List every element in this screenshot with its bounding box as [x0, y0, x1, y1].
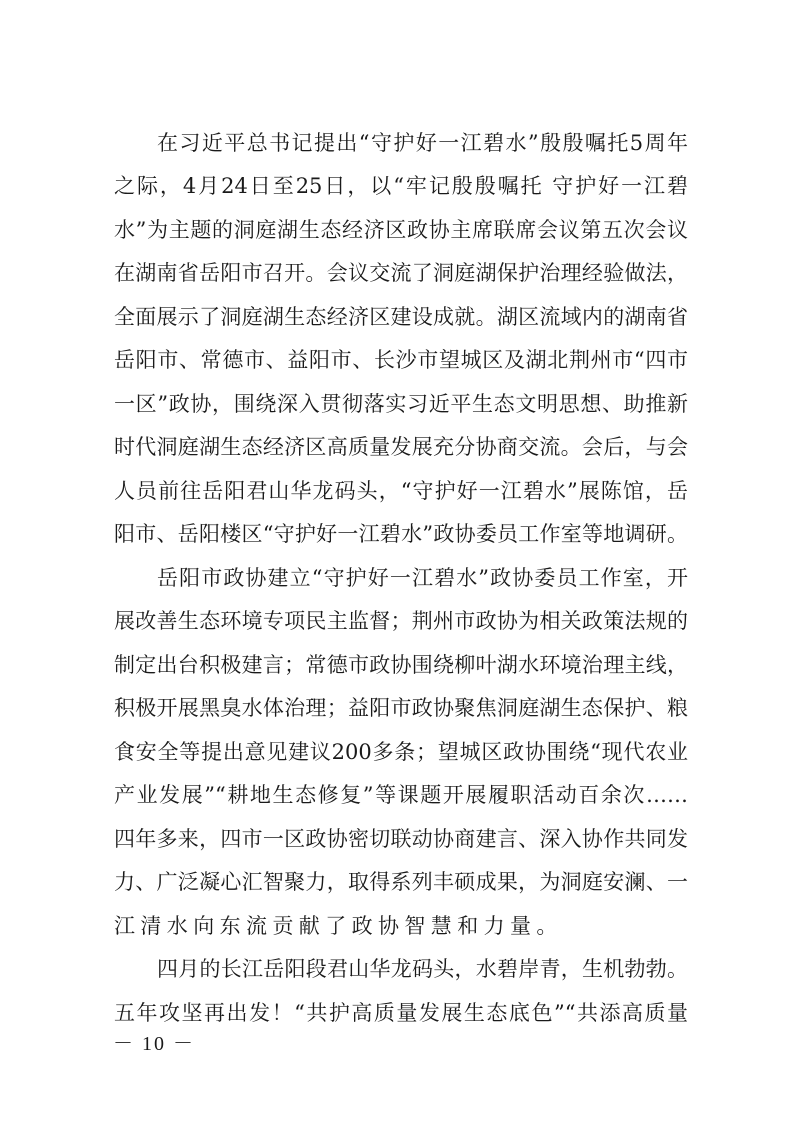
paragraph-1-line-2: 之际，4月24日至25日，以“牢记殷殷嘱托 守护好一江碧 — [114, 171, 688, 201]
document-page: 在习近平总书记提出“守护好一江碧水”殷殷嘱托5周年 之际，4月24日至25日，以… — [0, 0, 793, 1122]
paragraph-2-line-8: 力、广泛凝心汇智聚力，取得系列丰硕成果，为洞庭安澜、一 — [114, 867, 688, 897]
paragraph-1-line-1: 在习近平总书记提出“守护好一江碧水”殷殷嘱托5周年 — [157, 128, 688, 158]
paragraph-2-line-2: 展改善生态环境专项民主监督；荆州市政协为相关政策法规的 — [114, 606, 688, 636]
paragraph-3-line-1: 四月的长江岳阳段君山华龙码头，水碧岸青，生机勃勃。 — [157, 954, 688, 984]
paragraph-2-line-9: 江清水向东流贡献了政协智慧和力量。 — [114, 911, 688, 941]
paragraph-2-line-5: 食安全等提出意见建议200多条；望城区政协围绕“现代农业 — [114, 737, 688, 767]
paragraph-1-line-7: 一区”政协，围绕深入贯彻落实习近平生态文明思想、助推新 — [114, 389, 688, 419]
paragraph-1-line-5: 全面展示了洞庭湖生态经济区建设成就。湖区流域内的湖南省 — [114, 302, 688, 332]
paragraph-3-line-2: 五年攻坚再出发！“共护高质量发展生态底色”“共添高质量 — [114, 998, 688, 1028]
paragraph-2-line-6: 产业发展”“耕地生态修复”等课题开展履职活动百余次…… — [114, 780, 688, 810]
page-number: － 10 － — [113, 1027, 195, 1056]
paragraph-1-line-6: 岳阳市、常德市、益阳市、长沙市望城区及湖北荆州市“四市 — [114, 345, 688, 375]
paragraph-1-line-8: 时代洞庭湖生态经济区高质量发展充分协商交流。会后，与会 — [114, 432, 688, 462]
paragraph-2-line-4: 积极开展黑臭水体治理；益阳市政协聚焦洞庭湖生态保护、粮 — [114, 693, 688, 723]
paragraph-1-line-10: 阳市、岳阳楼区“守护好一江碧水”政协委员工作室等地调研。 — [114, 519, 688, 549]
paragraph-2-line-3: 制定出台积极建言；常德市政协围绕柳叶湖水环境治理主线， — [114, 650, 688, 680]
paragraph-1-line-4: 在湖南省岳阳市召开。会议交流了洞庭湖保护治理经验做法， — [114, 258, 688, 288]
paragraph-2-line-7: 四年多来，四市一区政协密切联动协商建言、深入协作共同发 — [114, 824, 688, 854]
paragraph-1-line-3: 水”为主题的洞庭湖生态经济区政协主席联席会议第五次会议 — [114, 215, 688, 245]
paragraph-1-line-9: 人员前往岳阳君山华龙码头，“守护好一江碧水”展陈馆，岳 — [114, 476, 688, 506]
paragraph-2-line-1: 岳阳市政协建立“守护好一江碧水”政协委员工作室，开 — [157, 563, 688, 593]
